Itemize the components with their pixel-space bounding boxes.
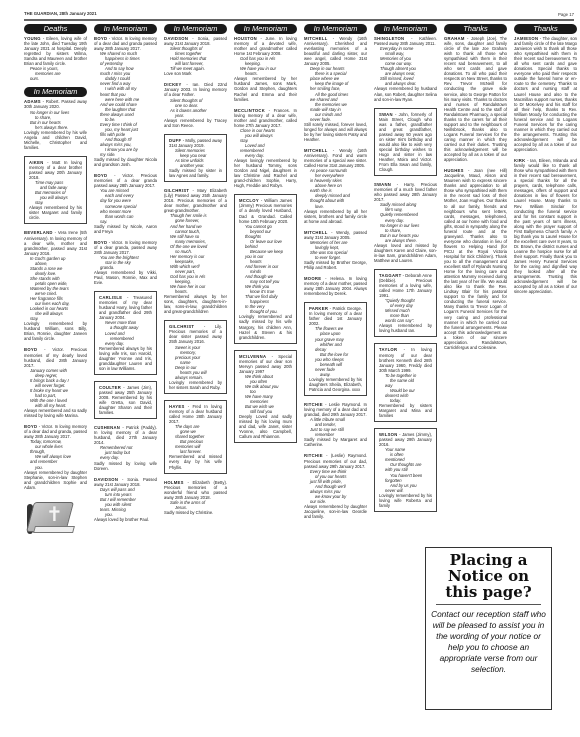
section-header-thanks: Thanks xyxy=(514,24,577,34)
notice-entry-boxed: PARKER - Patrick George. In loving memor… xyxy=(304,302,367,396)
entry-text: - James (Jim), passed away 25th January … xyxy=(99,385,152,415)
notice-entry: HOUSTON - June. In loving memory of a de… xyxy=(234,36,297,102)
notice-entry: MITCHELL - Wendy, passed away 31st Janua… xyxy=(304,230,367,270)
entry-signoff: Lovingly remembered by his loving wife R… xyxy=(379,493,432,508)
entry-text: - Joseph (Joe). The wife, sons, daughter… xyxy=(444,36,507,162)
entry-signoff: Always remembered by all her sisters, br… xyxy=(304,209,367,224)
column-5: In Memoriam MITCHELL - Wendy (16th Anniv… xyxy=(304,24,367,525)
notice-entry-boxed: TAYLOR - In loving memory of our dear br… xyxy=(374,343,437,422)
entry-signoff: Always loved by brother Paul. xyxy=(94,517,157,522)
section-header-deaths: Deaths xyxy=(24,24,87,34)
notice-entry-boxed: SWAN - John, formerly of Main Street, Cl… xyxy=(374,108,437,177)
advert-body: Contact our reception staff who will be … xyxy=(430,609,547,675)
notice-entry-boxed: WILSON - James (Jimmy), passed away 29th… xyxy=(374,428,437,512)
placing-notice-advert: Placing a Notice on this page? Contact o… xyxy=(425,547,552,710)
column-6: In Memoriam SHINGLETON - Kathleen. Passe… xyxy=(374,24,437,518)
entry-verse: You are missedeach and everyday for you … xyxy=(94,188,157,223)
entry-signoff: Sadly missed by Nicole, Aaron and Freya xyxy=(94,224,157,234)
entry-signoff: Always lovingly remembered by her husban… xyxy=(234,158,297,188)
entry-signoff: Remembered always by his loving wife Iri… xyxy=(99,346,152,371)
entry-verse: No longer in our livesto share,But in ou… xyxy=(24,110,87,130)
notice-entry-boxed: TAGGART - Deborah Anne (Debbie). Preciou… xyxy=(374,269,437,338)
entry-verse: God has you in Hiskeeping.We have you in… xyxy=(234,56,297,76)
entry-text: - Wendy (16th Anniversary). Cherished an… xyxy=(304,36,367,66)
entry-verse: We shared so muchhappiness in timesof ye… xyxy=(94,51,157,157)
entry-signoff: Always loved and missed by daughters Kar… xyxy=(374,243,437,263)
entry-signoff: Remembered and missed every day by his w… xyxy=(169,454,222,469)
notice-entry-boxed: COULTER - James (Jim), passed away 25th … xyxy=(94,381,157,419)
notice-entry: CUSHENAN - Patrick (Paddy). In loving me… xyxy=(94,425,157,470)
entry-verse: You are the brighteststar in the skygran… xyxy=(94,255,157,270)
notice-entry: BOYD - Victor. Precious memories of my d… xyxy=(24,347,87,418)
column-3: In Memoriam DAVIDSON - Sonia, passed awa… xyxy=(164,24,227,521)
entry-verse: Sweet is yourmemory,precious yournameDee… xyxy=(169,345,222,380)
entry-signoff: Sadly missed by Christine. xyxy=(164,510,227,515)
column-2: In Memoriam BOYD - Victor. In loving mem… xyxy=(94,24,157,528)
notice-entry-boxed: AIKEN - Matt In loving memory of a dear … xyxy=(24,156,87,225)
section-header-in-memoriam: In Memoriam xyxy=(304,24,367,34)
entry-verse: Never more thana thought awayLoved andre… xyxy=(99,320,152,345)
entry-verse: You cannot gobeyond ourthoughtsOr leave … xyxy=(239,224,292,315)
notice-entry: MITCHELL - Wendy (16th Anniversary). Che… xyxy=(304,36,367,142)
entry-verse: We think aboutyou oftenWe talk about you… xyxy=(239,374,292,414)
entry-verse: Silent memorieskeep you nearAs time unfo… xyxy=(169,148,222,168)
entry-signoff: Always remembered and so sadly missed by… xyxy=(24,408,87,418)
entry-verse: Memories of her arelovingly kept,She was… xyxy=(304,240,367,260)
entry-verse: To be together inthe same oldwayWould be… xyxy=(379,373,432,403)
notice-entry: BEVERLAND - Vera Irene (5th Anniversary)… xyxy=(24,230,87,341)
entry-signoff: Sadly missed by daughter Nicola and gran… xyxy=(94,157,157,167)
entry-text: - John, formerly of Main Street, Clough … xyxy=(379,112,432,173)
column-4: In Memoriam HOUSTON - June. In loving me… xyxy=(234,24,297,449)
notice-entry: DICKEY - Ian. Died 22nd January 2003. In… xyxy=(164,82,227,127)
entry-text: - Ian, Eileen, Miranda and family would … xyxy=(514,158,577,294)
entry-verse: Safe in the arms ofJesus. xyxy=(164,500,227,510)
entry-verse: Your nameis oftenmentionedOur thoughts a… xyxy=(379,447,432,492)
entry-signoff: Always remembered by his sister Margaret… xyxy=(29,205,82,220)
entry-verse: Peace is yours,memories areours. xyxy=(24,66,87,81)
notice-entry: DAVIDSON - Sonia, passed away 21st Janua… xyxy=(164,36,227,76)
entry-verse: Everyday in somesmall way,Memories of yo… xyxy=(374,46,437,86)
entry-signoff: Deeply Loved and sadly missed by his lov… xyxy=(239,414,292,439)
entry-signoff: Sadly missed by loving wife Doreen. xyxy=(94,461,157,471)
entry-text: - The daughter, son and family circle of… xyxy=(514,36,577,152)
entry-verse: Though her smile isgone forever,And her … xyxy=(164,213,227,294)
notice-entry-boxed: CARLISLE - Treasured memories of my dear… xyxy=(94,291,157,375)
notice-entry: HOLMES - Elizabeth (Betty). Precious mem… xyxy=(164,480,227,515)
notice-entry-boxed: MCCLOY - William James (Jimmy) Precious … xyxy=(234,194,297,343)
entry-signoff: Always remembered by daughter Jacqueline… xyxy=(304,504,367,519)
notice-entry: RITCHIE - Leslie Raymond. In loving memo… xyxy=(304,402,367,447)
column-8: Thanks JAMIESON - The daughter, son and … xyxy=(514,24,577,300)
entry-verse: Days will pass andturn into yearsBut I w… xyxy=(94,487,157,517)
entry-verse: Silent thoughts oftimes togetherHold mem… xyxy=(164,46,227,71)
entry-signoff: Sadly missed by Margaret and Catherine. xyxy=(304,437,367,447)
notice-entry: JAMIESON - The daughter, son and family … xyxy=(514,36,577,152)
entry-verse: Close in our heartsyou will alwaysstay.L… xyxy=(234,128,297,158)
notice-entry: GILCHRIST - Mary Elizabeth (Lily) Passed… xyxy=(164,188,227,314)
notice-entry: BOYD - Victor. In loving memory of a dea… xyxy=(94,36,157,167)
notice-entry: HUGHES - Joan (nee Hill) Jacqueline, Mau… xyxy=(444,168,507,350)
verse-line: ours. xyxy=(30,76,87,81)
entry-signoff: Always remembered by husband Alan, son R… xyxy=(374,86,437,101)
entry-verse: Remembered notjust today butevery day. xyxy=(94,445,157,460)
entry-signoff: Always remembered by loving husband Ian. xyxy=(379,323,432,333)
entry-signoff: Love son Mark xyxy=(164,71,227,76)
column-7: Thanks GRAHAM - Joseph (Joe). The wife, … xyxy=(444,24,507,356)
paper-title: THE GUARDIAN, 28th January 2021 xyxy=(24,11,97,16)
entry-verse: The days aregone weshared togetherBut pr… xyxy=(169,424,222,454)
entry-signoff: Lovingly remembered and sadly missed by … xyxy=(239,314,292,339)
notice-entry-boxed: HAYES - Fred In loving memory of a dear … xyxy=(164,400,227,474)
notice-entry: SHINGLETON - Kathleen. Passed away 28th … xyxy=(374,36,437,102)
entry-signoff: Always remembered by Tracey and Son Reec… xyxy=(164,118,227,128)
entry-signoff: Still sorely missed, forever loved, long… xyxy=(304,122,367,142)
entry-signoff: Sadly missed by Brother George, Philip a… xyxy=(304,260,367,270)
masthead: THE GUARDIAN, 28th January 2021 Page 17 xyxy=(24,11,574,21)
notice-entry: MOORE - Helena. In loving memory of a de… xyxy=(304,276,367,296)
notice-entry-boxed: DUFF - Molly, passed away 31st January 2… xyxy=(164,134,227,182)
entry-signoff: Lovingly remembered by his daughters She… xyxy=(309,377,362,392)
section-header-in-memoriam: In Memoriam xyxy=(374,24,437,34)
entry-signoff: Always remembered by Vikki, Paul, Mason,… xyxy=(94,270,157,285)
notice-entry: DAVIDSON - Sonia. Passed away 21st Janua… xyxy=(94,477,157,522)
section-header-thanks: Thanks xyxy=(444,24,507,34)
notice-entry: SWANN - Harry. Precious memories of a mu… xyxy=(374,182,437,263)
notice-entry: RITCHIE - (Leslie) Raymond. Precious mem… xyxy=(304,453,367,519)
entry-verse: Today, tomorrow,our whole livesthrough,W… xyxy=(24,439,87,469)
advert-title: Placing a Notice on this page? xyxy=(430,552,547,600)
notice-entry: MCCLINTOCK - Frances. In loving memory o… xyxy=(234,108,297,189)
notice-entry: BOYD - Victor. In loving memory of a dea… xyxy=(24,424,87,490)
entry-text: - Eileen, loving wife of the late John, … xyxy=(24,36,87,66)
section-header-in-memoriam: In Memoriam xyxy=(94,24,157,34)
entry-verse: Silent thoughts ofone so dear.As it dawn… xyxy=(164,98,227,118)
entry-verse: Every time we thinkof you our heartsjust… xyxy=(304,469,367,504)
section-header-in-memoriam: In Memoriam xyxy=(24,87,87,97)
entry-signoff: Always remembered by her husband James, … xyxy=(234,76,297,101)
advert-divider xyxy=(436,604,541,605)
column-1: Deaths YOUNG - Eileen, loving wife of th… xyxy=(24,24,87,540)
bible-cross-icon: ✝ xyxy=(24,496,80,540)
notice-entry-boxed: MCILVENNA - Special memories of our dear… xyxy=(234,350,297,444)
section-header-in-memoriam: In Memoriam xyxy=(234,24,297,34)
entry-verse: Deep in our heartsthere is a specialplac… xyxy=(304,66,367,122)
entry-verse: Time may passand fade awayBut memories o… xyxy=(29,180,82,205)
notice-entry: ADAMS - Robert. Passed away 30th January… xyxy=(24,99,87,149)
notice-entry: GRAHAM - Joseph (Joe). The wife, sons, d… xyxy=(444,36,507,162)
entry-signoff: Remembered always by her sons, daughters… xyxy=(164,294,227,314)
entry-verse: A little tribute smalland tender,Just to… xyxy=(304,417,367,437)
entry-verse: Sadly missed alonglife's way,Quietly rem… xyxy=(374,202,437,242)
entry-verse: "Quietly thoughtof every dayMissed muchm… xyxy=(379,298,432,323)
entry-signoff: Lovingly remembered by her sisters Sarah… xyxy=(169,380,222,390)
entry-signoff: Lovingly remembered by his wife Angela a… xyxy=(24,130,87,150)
page-number: Page 17 xyxy=(558,12,574,17)
notice-entry-boxed: GILCHRIST - Lily. Precious memories of a… xyxy=(164,320,227,394)
notice-entry: BOYD - Victor. In loving memory of a dea… xyxy=(94,240,157,285)
entry-verse: In God's garden upabove,Stands a rose we… xyxy=(24,256,87,322)
entry-signoff: Always remembered by daughter Stephanie,… xyxy=(24,470,87,490)
entry-verse: January comes withdeep regret,It brings … xyxy=(24,368,87,408)
entry-verse: As peace surroundsher everywherein heave… xyxy=(304,168,367,208)
notice-entry: KIRK - Ian, Eileen, Miranda and family w… xyxy=(514,158,577,294)
section-header-in-memoriam: In Memoriam xyxy=(164,24,227,34)
entry-signoff: Sadly missed by sister in law Agnes and … xyxy=(169,168,222,178)
notice-entry: BOYD - Victor. Precious memories of a de… xyxy=(94,173,157,234)
entry-text: - Joan (nee Hill) Jacqueline, Maud, Alis… xyxy=(444,168,507,350)
entry-signoff: Remembered by sisters Margaret and Mina … xyxy=(379,403,432,418)
notice-entry: MITCHELL - Wendy (16th Anniversary). Fon… xyxy=(304,148,367,224)
entry-signoff: Lovingly remembered by husband William, … xyxy=(24,321,87,341)
entry-verse: The flowers weplace uponyour grave maywh… xyxy=(309,326,362,376)
notice-entry: YOUNG - Eileen, loving wife of the late … xyxy=(24,36,87,81)
